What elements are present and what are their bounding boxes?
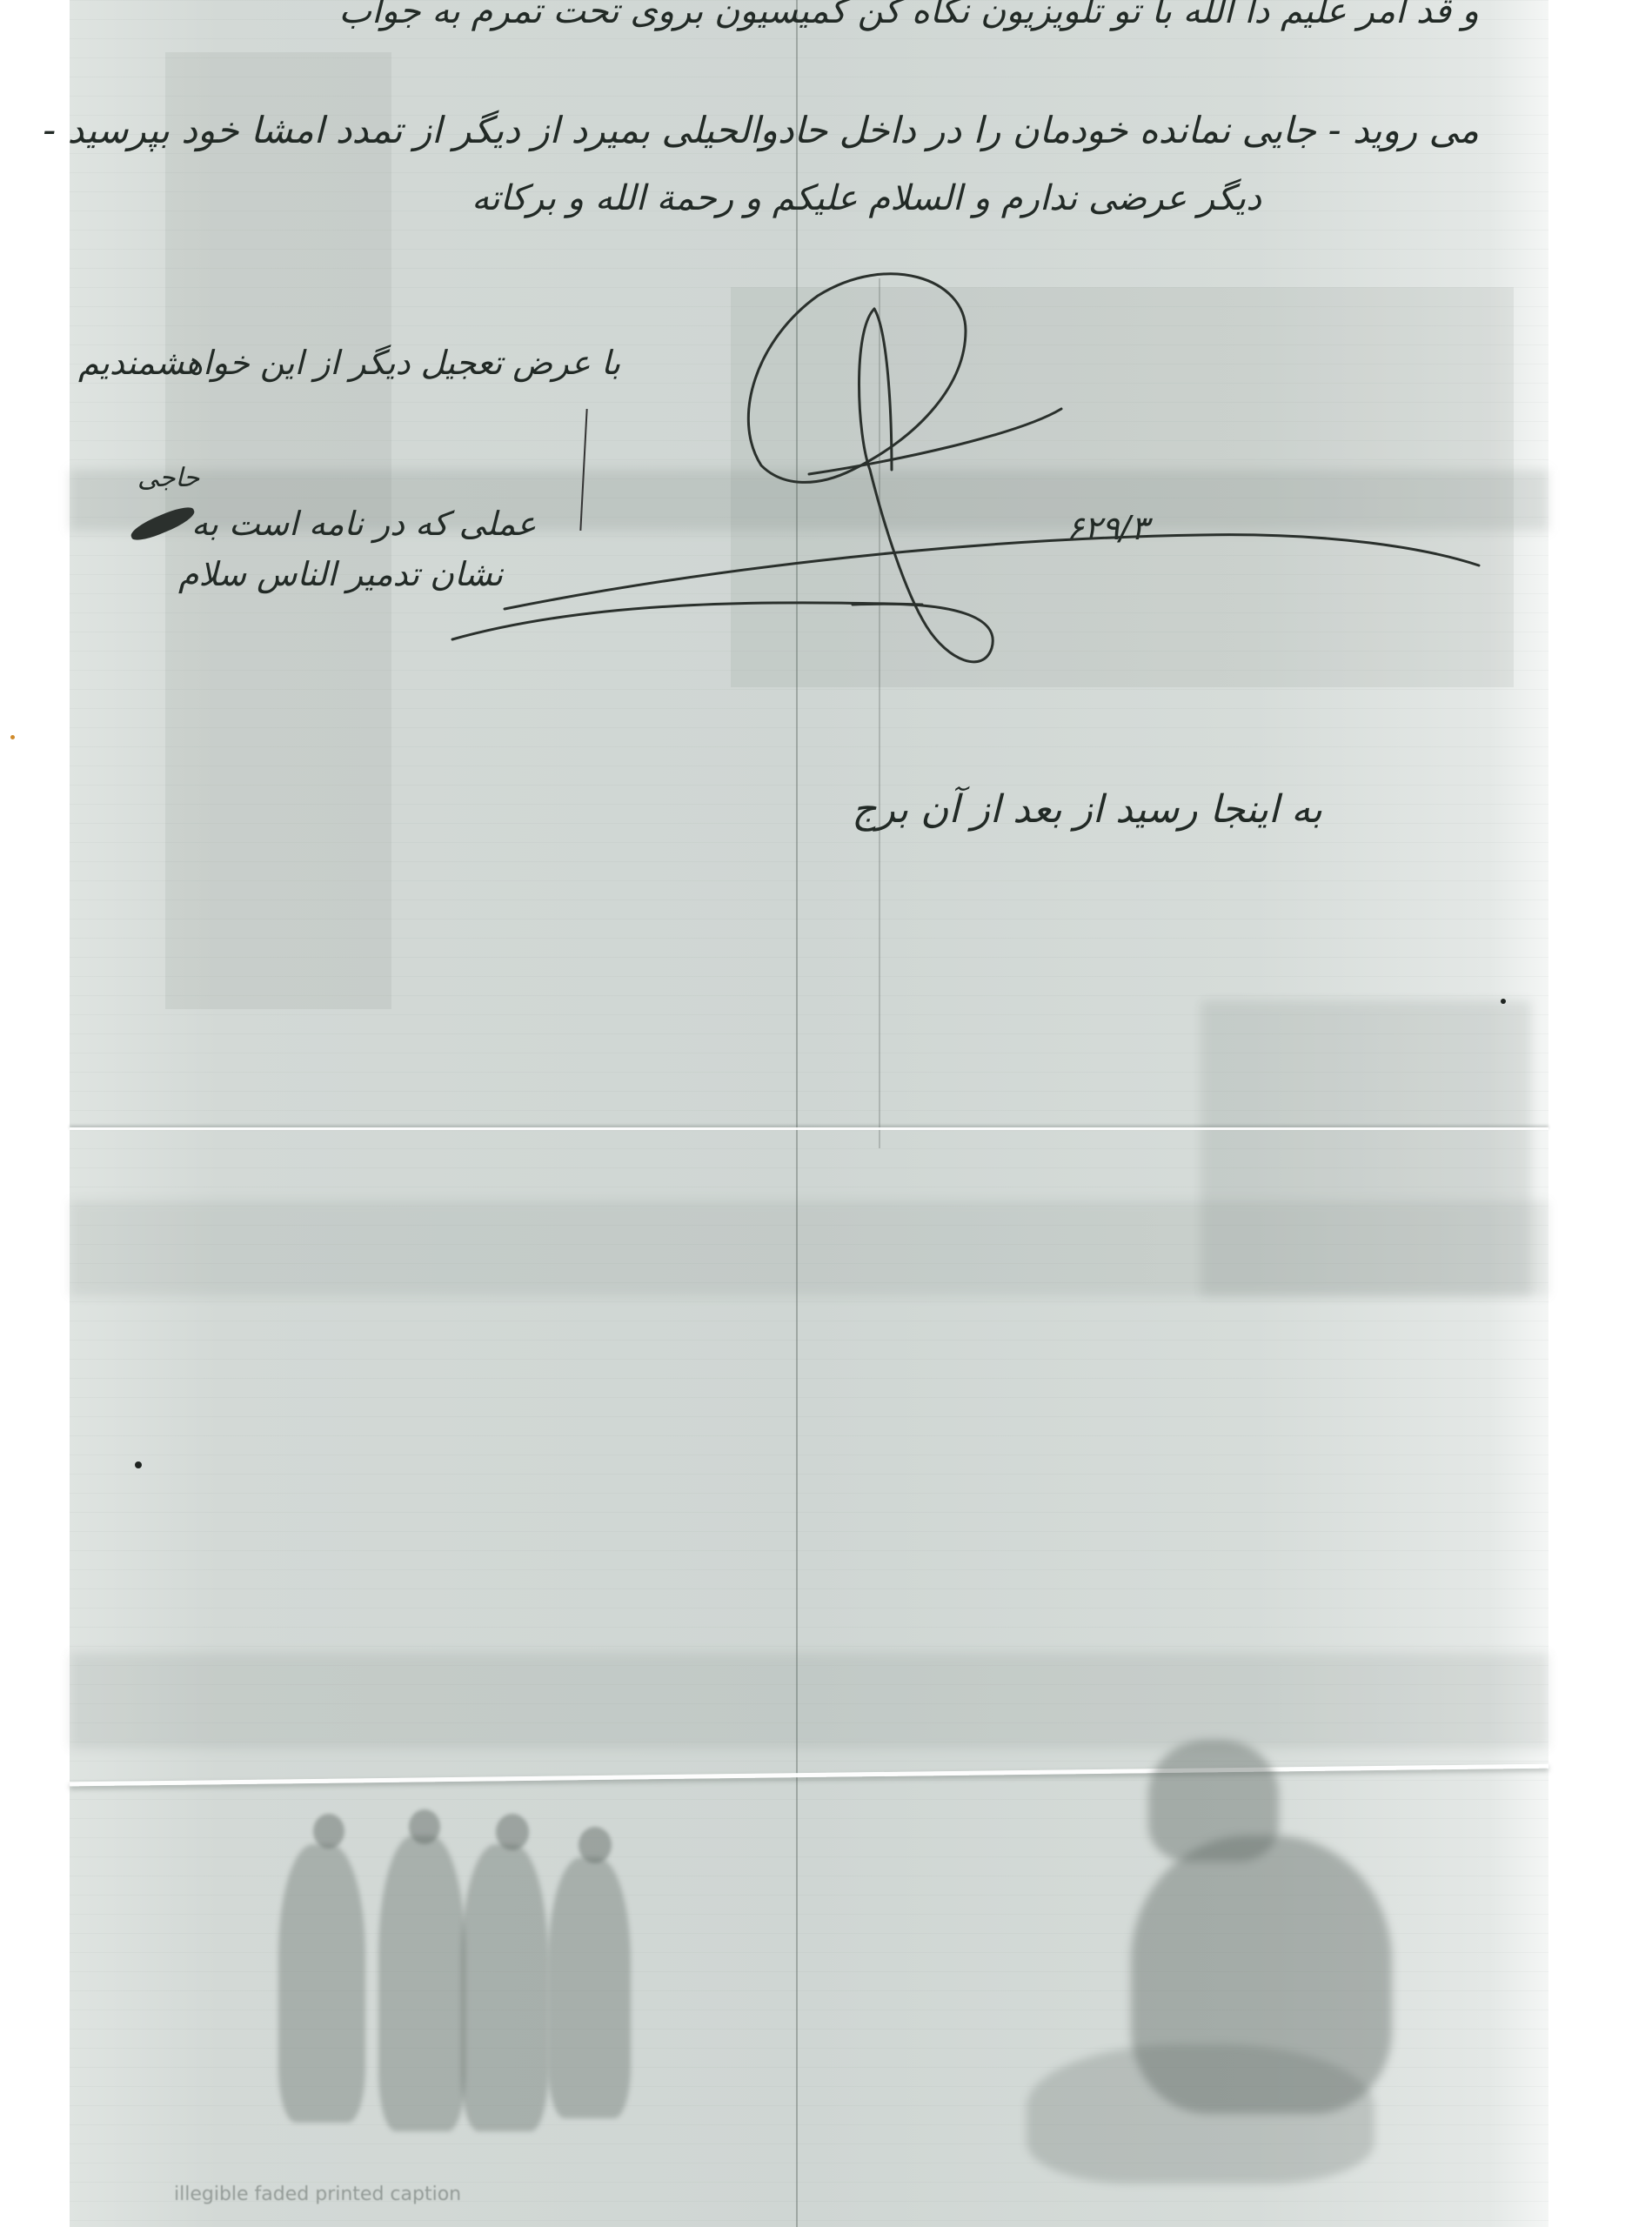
printed-caption: illegible faded printed caption xyxy=(174,2184,461,2205)
ink-speck xyxy=(1501,999,1506,1004)
margin-note-line-3: نشان تدمیر الناس سلام xyxy=(178,555,503,593)
horizontal-tear-line xyxy=(70,1764,1548,1787)
horizontal-fold-line xyxy=(70,1127,1548,1130)
margin-note-line-2: عملی که در نامه است به xyxy=(191,505,537,543)
letter-line-2: می روید - جایی نمانده خودمان را در داخل … xyxy=(43,109,1479,151)
letter-closing-line: دیگر عرضی ندارم و السلام علیکم و رحمة ال… xyxy=(472,178,1261,218)
scan-speck xyxy=(10,735,15,739)
letter-line-1: و قد آمر علیم دا الله با تو تلویزیون نگا… xyxy=(338,0,1479,31)
margin-note-annotation: حاجی xyxy=(137,463,199,493)
reference-number: ۶۲۹/۳ xyxy=(1067,509,1148,547)
margin-note-line-1: با عرض تعجیل دیگر از این خواهشمندیم xyxy=(78,344,620,382)
stain-band xyxy=(1201,1000,1531,1296)
vertical-fold-line-secondary xyxy=(879,278,880,1148)
scanned-letter-page: و قد آمر علیم دا الله با تو تلویزیون نگا… xyxy=(70,0,1548,2227)
stain-band xyxy=(70,1653,1548,1749)
received-note: به اینجا رسید از بعد از آن برج xyxy=(852,787,1322,832)
ink-speck xyxy=(135,1461,142,1468)
vertical-fold-line xyxy=(796,0,798,2227)
